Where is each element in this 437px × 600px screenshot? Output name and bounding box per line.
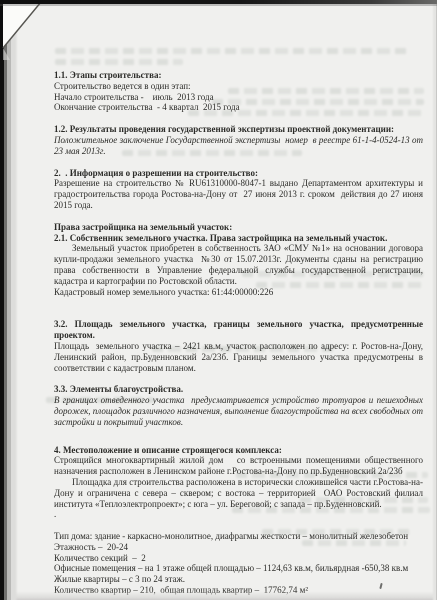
paragraph: Жилые квартиры – с 3 по 24 этаж.: [54, 574, 423, 585]
paragraph: Начало строительства - июль 2013 года: [54, 92, 423, 103]
paragraph: Кадастровый номер земельного участка: 61…: [54, 287, 423, 298]
paragraph: Тип дома: здание - каркасно-монолитное, …: [54, 531, 423, 542]
paragraph: Количество секций – 2: [54, 553, 423, 564]
paragraph: Разрешение на строительство № RU61310000…: [54, 178, 423, 210]
scanned-page: { "meta": { "kind": "scanned constructio…: [0, 0, 437, 600]
scan-edge-top-soft: [0, 4, 437, 6]
scan-edge-top: [0, 0, 437, 4]
page-fold-corner: [0, 0, 70, 60]
paragraph: В границах отведенного участка предусмат…: [54, 395, 423, 427]
section-heading: 2.1. Собственник земельного участка. Пра…: [54, 233, 423, 244]
paragraph: Офисные помещения – на 1 этаже общей пло…: [54, 563, 423, 574]
paragraph: .: [54, 509, 423, 520]
paragraph: Площадь земельного участка – 2421 кв.м, …: [54, 341, 423, 373]
paragraph: Площадка для строительства расположена в…: [54, 477, 423, 509]
section-heading: 3.2. Площадь земельного участка, границы…: [54, 319, 423, 341]
section-heading: 3.3. Элементы благоустройства.: [54, 384, 423, 395]
scan-edge-bottom: [0, 591, 437, 600]
bleed-through-text-line: [55, 59, 183, 65]
paragraph: Строящийся многоквартирный жилой дом со …: [54, 455, 423, 477]
document-text: 1.1. Этапы строительства:Строительство в…: [54, 70, 423, 596]
section-heading: 4. Местоположение и описание строящегося…: [54, 445, 423, 456]
paragraph: Строительство ведется в один этап:: [54, 81, 423, 92]
scan-edge-right: [432, 0, 437, 600]
paragraph: Этажность – 20-24: [54, 542, 423, 553]
bleed-through-text-line: [55, 48, 407, 54]
section-heading: 1.1. Этапы строительства:: [54, 70, 423, 81]
paragraph: Положительное заключение Государственной…: [54, 135, 423, 157]
section-heading: 2. . Информация о разрешении на строител…: [54, 168, 423, 179]
scan-edge-left: [0, 0, 18, 600]
paragraph: Земельный участок приобретен в собственн…: [54, 243, 423, 286]
section-heading: 1.2. Результаты проведения государственн…: [54, 124, 423, 135]
section-heading: Права застройщика на земельный участок:: [54, 222, 423, 233]
paragraph: Окончание строительства - 4 квартал 2015…: [54, 102, 423, 113]
